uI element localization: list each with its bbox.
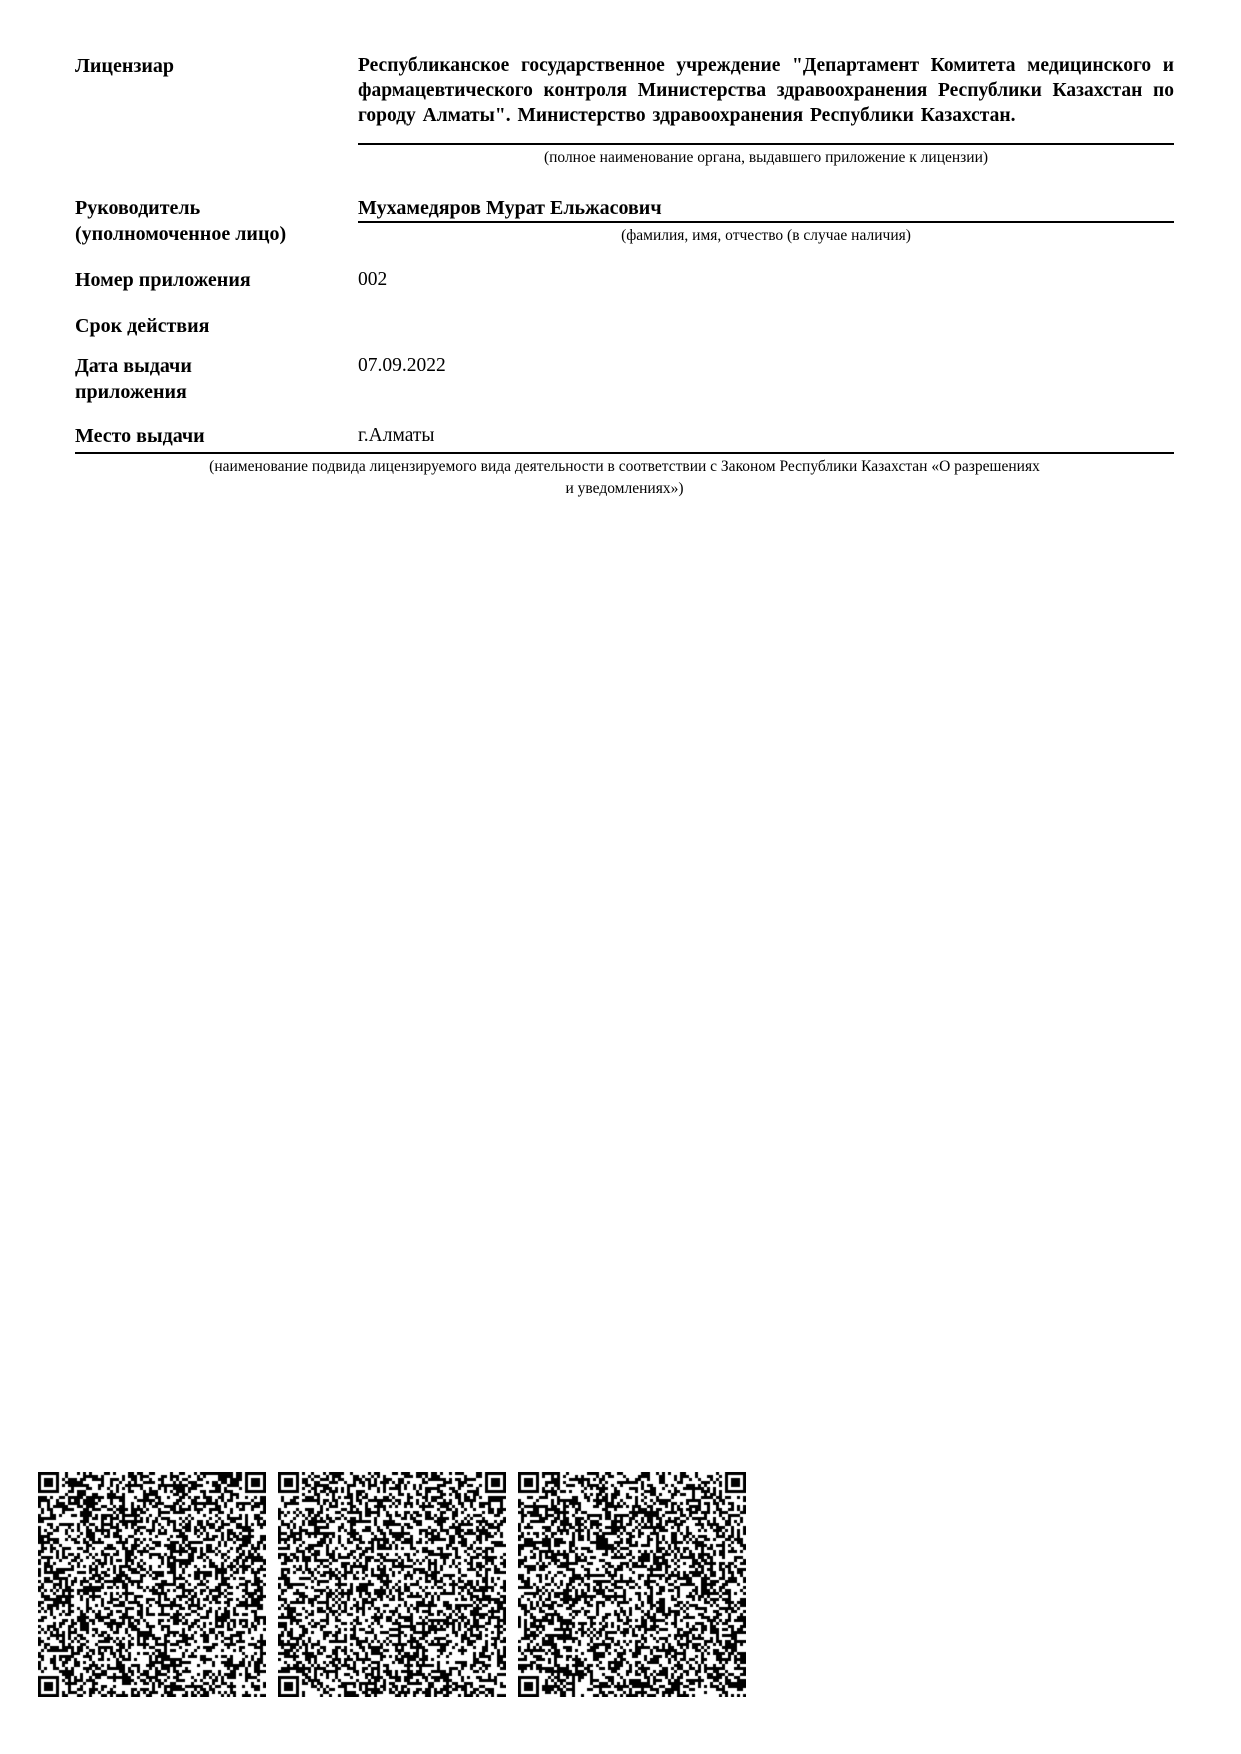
head-row: Руководитель (уполномоченное лицо) Мухам… <box>75 195 1174 247</box>
licensor-caption: (полное наименование органа, выдавшего п… <box>358 147 1174 169</box>
license-appendix-page: Лицензиар Республиканское государственно… <box>0 0 1241 1754</box>
appendix-number-row: Номер приложения 002 <box>75 267 1174 293</box>
qr-code-2 <box>278 1472 506 1697</box>
footer-caption: (наименование подвида лицензируемого вид… <box>75 456 1174 500</box>
appendix-number-label: Номер приложения <box>75 267 358 293</box>
head-label: Руководитель (уполномоченное лицо) <box>75 195 358 247</box>
footer-caption-line1: (наименование подвида лицензируемого вид… <box>75 456 1174 478</box>
licensor-label: Лицензиар <box>75 53 358 79</box>
issue-date-label-line1: Дата выдачи <box>75 353 358 379</box>
issue-place-row: Место выдачи г.Алматы <box>75 423 1174 449</box>
licensor-row: Лицензиар Республиканское государственно… <box>75 53 1174 169</box>
document-content: Лицензиар Республиканское государственно… <box>0 0 1241 500</box>
issue-date-row: Дата выдачи приложения 07.09.2022 <box>75 353 1174 405</box>
head-name-value: Мухамедяров Мурат Ельжасович <box>358 195 1174 223</box>
qr-code-1 <box>38 1472 266 1697</box>
head-label-line1: Руководитель <box>75 195 358 221</box>
issue-place-label: Место выдачи <box>75 423 358 449</box>
issue-place-value: г.Алматы <box>358 423 434 449</box>
validity-row: Срок действия <box>75 313 1174 339</box>
issue-date-value: 07.09.2022 <box>358 353 446 379</box>
qr-code-3 <box>518 1472 746 1697</box>
licensor-value-column: Республиканское государственное учрежден… <box>358 53 1174 169</box>
qr-code-strip <box>38 1472 746 1697</box>
separator-line <box>75 452 1174 454</box>
issue-date-label-line2: приложения <box>75 379 358 405</box>
head-caption: (фамилия, имя, отчество (в случае наличи… <box>358 225 1174 247</box>
appendix-number-value: 002 <box>358 267 387 293</box>
validity-label: Срок действия <box>75 313 358 339</box>
footer-caption-line2: и уведомлениях») <box>75 478 1174 500</box>
head-label-line2: (уполномоченное лицо) <box>75 221 358 247</box>
head-value-column: Мухамедяров Мурат Ельжасович (фамилия, и… <box>358 195 1174 247</box>
licensor-name-text: Республиканское государственное учрежден… <box>358 53 1174 128</box>
licensor-underline <box>358 143 1174 145</box>
issue-date-label: Дата выдачи приложения <box>75 353 358 405</box>
